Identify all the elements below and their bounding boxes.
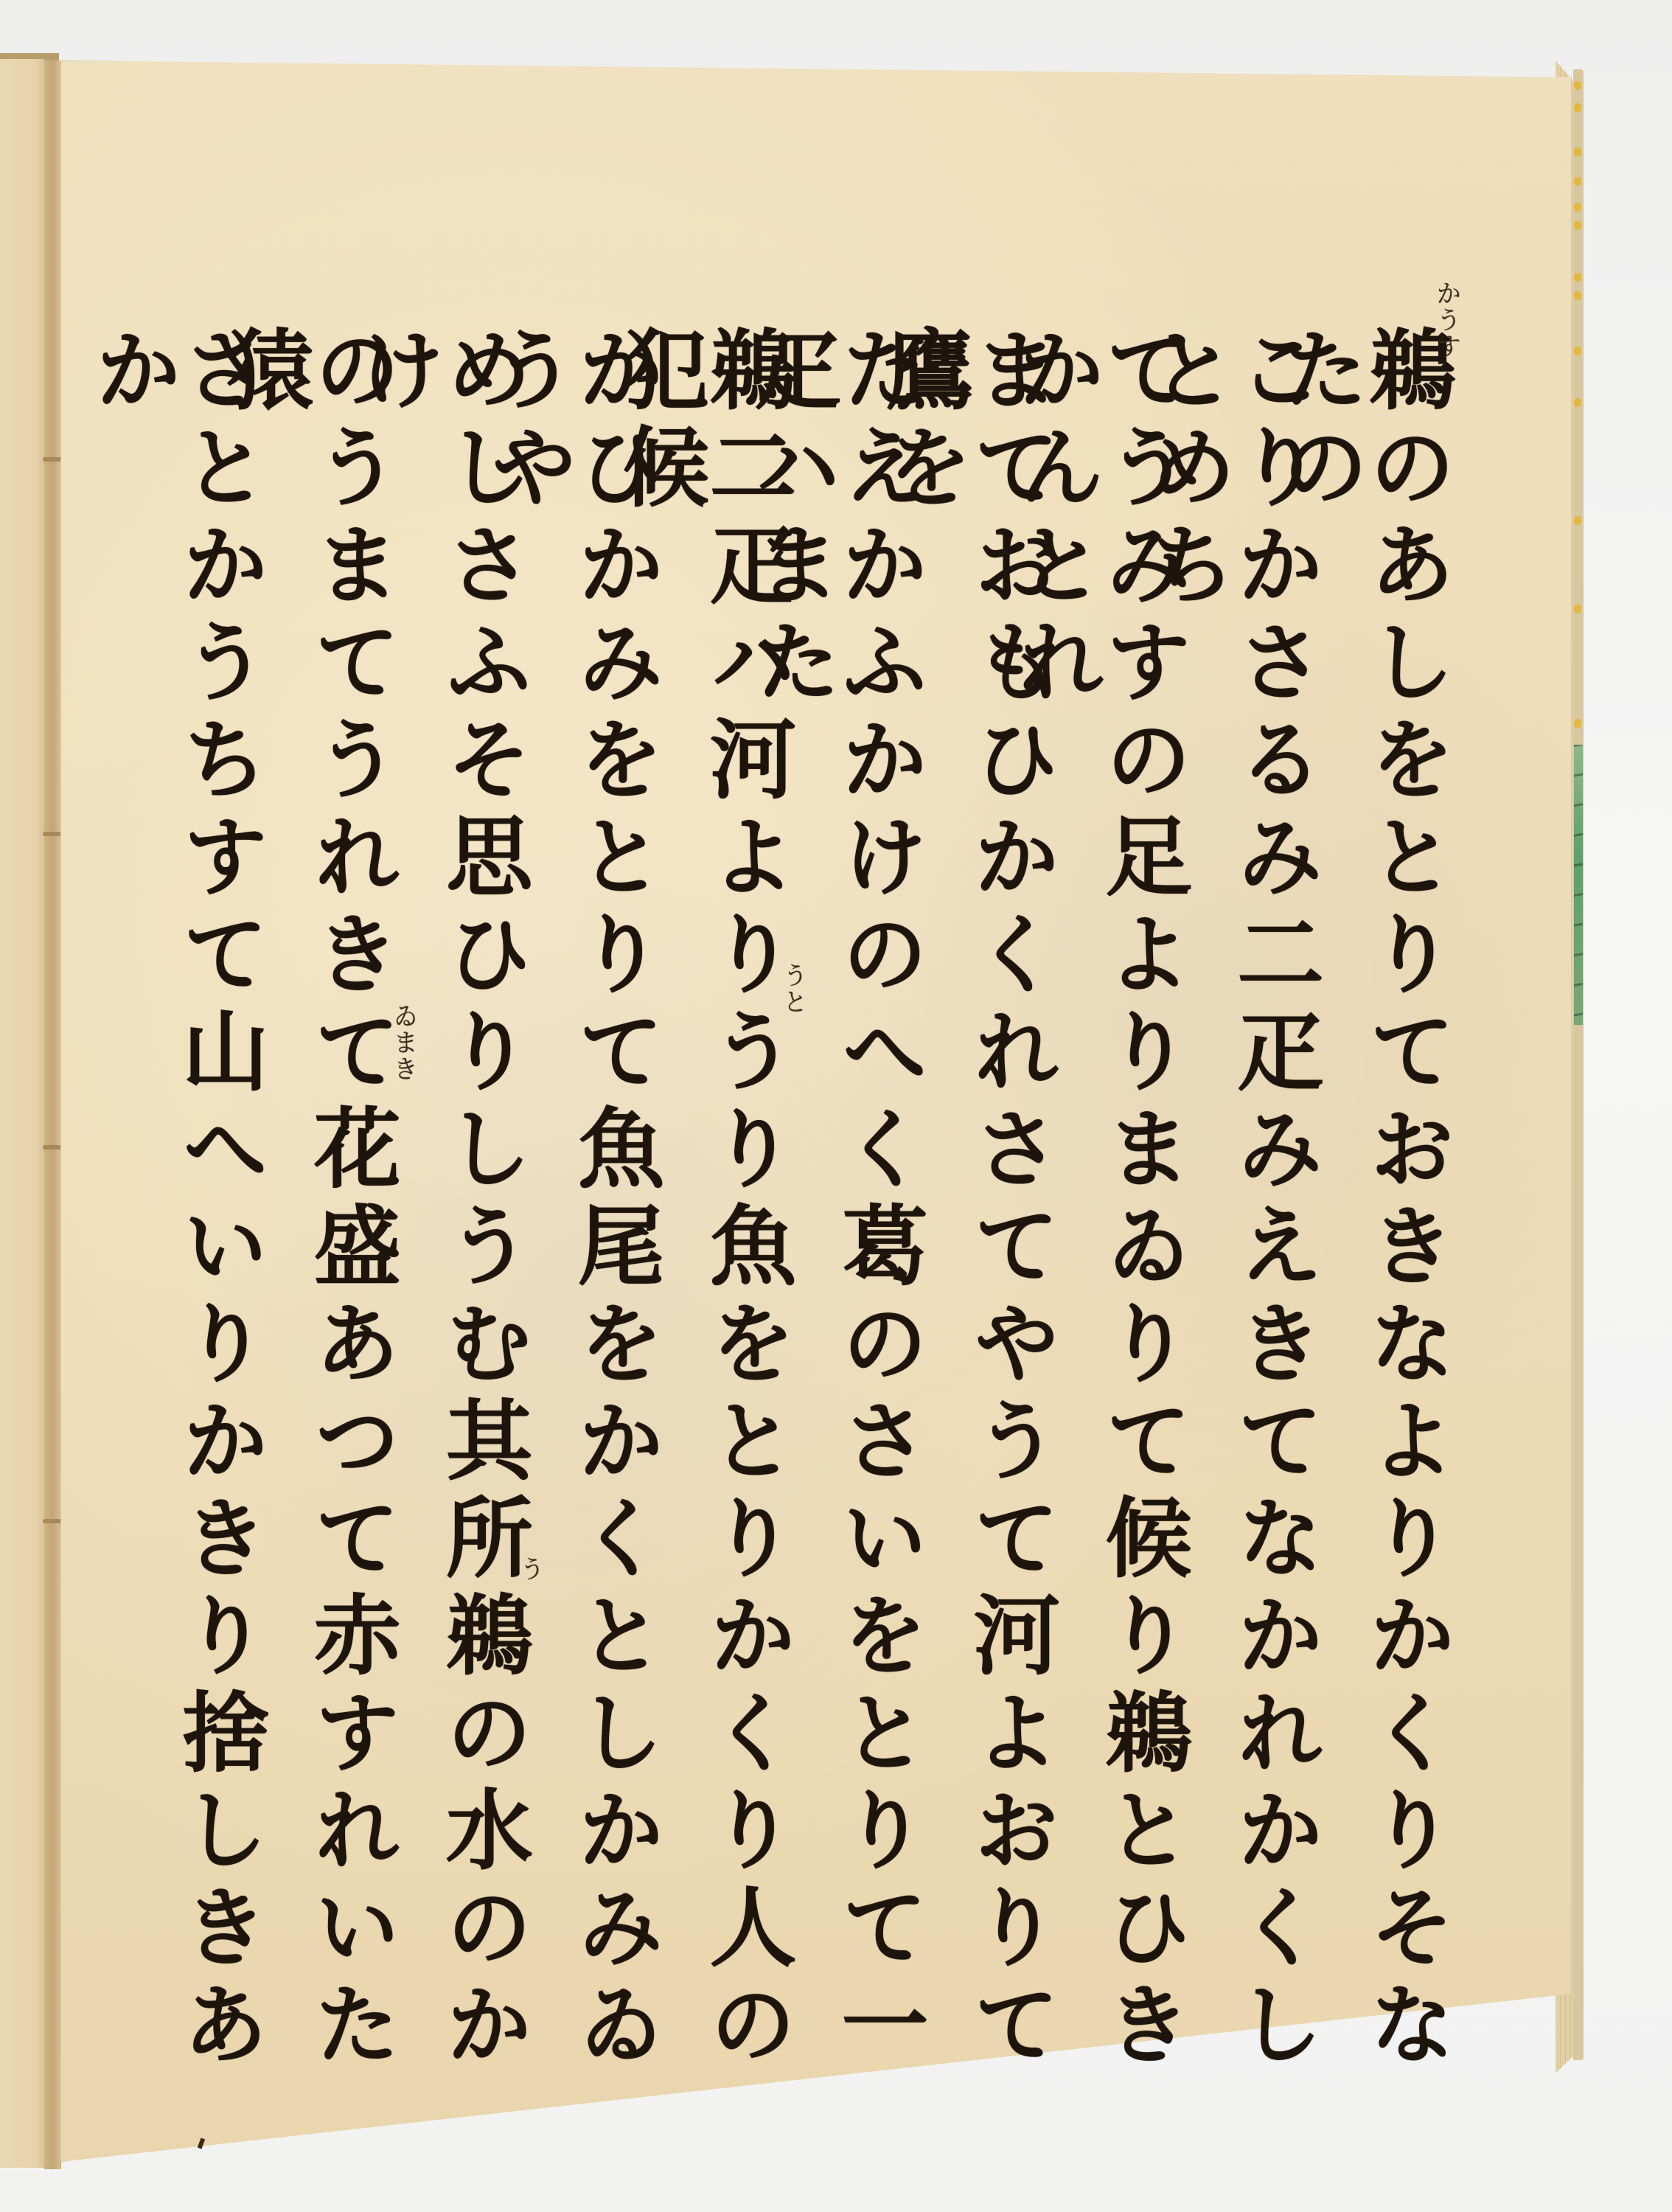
marbled-cover-band (1574, 745, 1583, 1025)
gold-fleck (1574, 605, 1581, 613)
right-cover-edge (1573, 69, 1584, 2060)
ruby-gloss: うと (781, 962, 806, 1015)
gold-fleck (1574, 103, 1581, 112)
text-column-4: まておもひかくれさてやうて河よおりて鷹を (942, 324, 1053, 2109)
left-page-strip (0, 59, 44, 2168)
gold-fleck (1574, 719, 1581, 728)
text-column-1: かうす 鵜のあしをとりておきなよりかくりそなたの (1338, 324, 1449, 2109)
text-column-6: うと 鵜二疋ハ河よりうり魚をとりかくり人の犯候 (679, 324, 790, 2109)
ruby-gloss: ゐまき (391, 1003, 416, 1082)
gold-fleck (1574, 147, 1581, 156)
ruby-gloss: かうす (1434, 280, 1459, 360)
gold-fleck (1574, 398, 1581, 407)
text-column-8: めしさふそ思ひりしうむ其所鵜の水のかけ (415, 324, 526, 2109)
text-column-5: たえかふかけのへく葛のさいをとりて一疋ハまた (810, 324, 921, 2109)
gold-fleck (1574, 291, 1581, 300)
gold-fleck (1574, 516, 1581, 525)
gold-fleck (1574, 273, 1581, 282)
gold-fleck (1574, 203, 1581, 212)
gold-fleck (1574, 81, 1581, 90)
gold-fleck (1574, 347, 1581, 355)
text-column-7: う かひかみをとりて魚尾をかくとしかみゐうや (547, 324, 658, 2109)
book-spine-gutter (44, 60, 61, 2169)
text-column-3: てうみすの足よりまゐりて候り鵜とひきかんとれ (1074, 324, 1185, 2109)
vertical-text-block: かうす 鵜のあしをとりておきなよりかくりそなたの こりかさるみ二疋みえきてなかれ… (151, 324, 1449, 2109)
gold-fleck (1574, 177, 1581, 186)
gold-fleck (1574, 221, 1581, 230)
text-column-10: さとかうちすて山へいりかきり捨しきあか (151, 324, 262, 2109)
column-text: さとかうちすて山へいりかきり捨しきあか (88, 324, 262, 2109)
text-column-9: ゐまき のうまてうれきて花盛あつて赤すれいた猿 (283, 324, 394, 2109)
text-column-2: こりかさるみ二疋みえきてなかれかくしとめち (1206, 324, 1317, 2109)
